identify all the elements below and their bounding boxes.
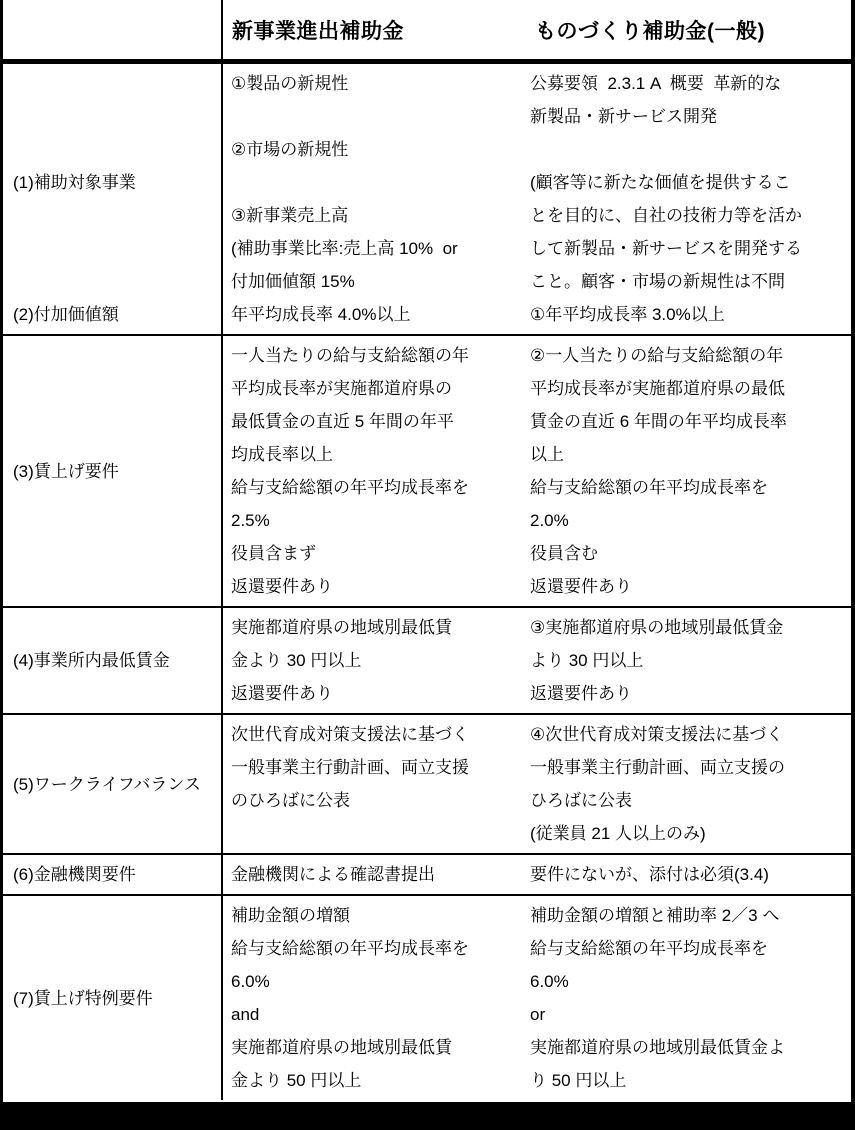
text-line: 補助金額の増額と補助率 2／3 へ bbox=[530, 899, 847, 932]
text-line: 金より 50 円以上 bbox=[231, 1064, 516, 1097]
header-col-new-business-subsidy: 新事業進出補助金 bbox=[223, 0, 520, 59]
row-label: (5)ワークライフバランス bbox=[13, 768, 219, 801]
row-label: (6)金融機関要件 bbox=[13, 858, 219, 891]
row-label-group: (1)補助対象事業 bbox=[13, 67, 219, 298]
text-line: 実施都道府県の地域別最低賃金よ bbox=[530, 1031, 847, 1064]
text-line: 実施都道府県の地域別最低賃 bbox=[231, 611, 516, 644]
text-line: り 50 円以上 bbox=[530, 1064, 847, 1097]
text-line: 一人当たりの給与支給総額の年 bbox=[231, 339, 516, 372]
table-row: (7)賃上げ特例要件補助金額の増額給与支給総額の年平均成長率を6.0%and実施… bbox=[3, 896, 851, 1100]
text-line: (補助事業比率:売上高 10% or bbox=[231, 232, 516, 265]
table-row: (6)金融機関要件金融機関による確認書提出要件にないが、添付は必須(3.4) bbox=[3, 855, 851, 896]
text-line: and bbox=[231, 998, 516, 1031]
text-line: 公募要領 2.3.1 A 概要 革新的な bbox=[530, 67, 847, 100]
row-label-cell: (6)金融機関要件 bbox=[3, 855, 223, 894]
table-row: (5)ワークライフバランス次世代育成対策支援法に基づく一般事業主行動計画、両立支… bbox=[3, 715, 851, 855]
table-header-row: 新事業進出補助金 ものづくり補助金(一般) bbox=[3, 0, 851, 64]
bottom-border-band bbox=[3, 1102, 851, 1130]
text-line: (従業員 21 人以上のみ) bbox=[530, 817, 847, 850]
row-label-cell: (7)賃上げ特例要件 bbox=[3, 896, 223, 1100]
col-a-cell: 次世代育成対策支援法に基づく一般事業主行動計画、両立支援のひろばに公表 bbox=[223, 715, 520, 853]
col-a-cell: 実施都道府県の地域別最低賃金より 30 円以上返還要件あり bbox=[223, 608, 520, 713]
table-row: (1)補助対象事業(2)付加価値額①製品の新規性 ②市場の新規性 ③新事業売上高… bbox=[3, 64, 851, 336]
header-empty-cell bbox=[3, 0, 223, 59]
text-line bbox=[231, 100, 516, 133]
text-line: 役員含まず bbox=[231, 537, 516, 570]
table-body: (1)補助対象事業(2)付加価値額①製品の新規性 ②市場の新規性 ③新事業売上高… bbox=[3, 64, 851, 1100]
col-b-cell: ②一人当たりの給与支給総額の年平均成長率が実施都道府県の最低賃金の直近 6 年間… bbox=[520, 336, 851, 606]
text-line: 以上 bbox=[530, 438, 847, 471]
text-line: 金融機関による確認書提出 bbox=[231, 858, 516, 891]
row-label-cell: (3)賃上げ要件 bbox=[3, 336, 223, 606]
col-b-cell: 公募要領 2.3.1 A 概要 革新的な新製品・新サービス開発 (顧客等に新たな… bbox=[520, 64, 851, 334]
text-line: 返還要件あり bbox=[231, 570, 516, 603]
text-line: ③新事業売上高 bbox=[231, 199, 516, 232]
header-col-monozukuri-subsidy: ものづくり補助金(一般) bbox=[520, 0, 851, 59]
text-line: より 30 円以上 bbox=[530, 644, 847, 677]
comparison-table: 新事業進出補助金 ものづくり補助金(一般) (1)補助対象事業(2)付加価値額①… bbox=[0, 0, 855, 1130]
text-line: 役員含む bbox=[530, 537, 847, 570]
text-line: 次世代育成対策支援法に基づく bbox=[231, 718, 516, 751]
table-row: (4)事業所内最低賃金実施都道府県の地域別最低賃金より 30 円以上返還要件あり… bbox=[3, 608, 851, 715]
text-line: 平均成長率が実施都道府県の最低 bbox=[530, 372, 847, 405]
text-line: 均成長率以上 bbox=[231, 438, 516, 471]
text-line: 金より 30 円以上 bbox=[231, 644, 516, 677]
text-line: ②一人当たりの給与支給総額の年 bbox=[530, 339, 847, 372]
text-line: or bbox=[530, 998, 847, 1031]
text-line: 補助金額の増額 bbox=[231, 899, 516, 932]
text-line: 給与支給総額の年平均成長率を bbox=[231, 471, 516, 504]
col-b-cell: 補助金額の増額と補助率 2／3 へ給与支給総額の年平均成長率を6.0%or実施都… bbox=[520, 896, 851, 1100]
col-b-cell: ③実施都道府県の地域別最低賃金より 30 円以上返還要件あり bbox=[520, 608, 851, 713]
text-line: 最低賃金の直近 5 年間の年平 bbox=[231, 405, 516, 438]
text-line: 給与支給総額の年平均成長率を bbox=[530, 471, 847, 504]
row-label-cell: (1)補助対象事業(2)付加価値額 bbox=[3, 64, 223, 334]
text-line: 付加価値額 15% bbox=[231, 265, 516, 298]
text-line: (顧客等に新たな価値を提供するこ bbox=[530, 166, 847, 199]
text-line: ①製品の新規性 bbox=[231, 67, 516, 100]
text-line: のひろばに公表 bbox=[231, 784, 516, 817]
col-a-cell: 補助金額の増額給与支給総額の年平均成長率を6.0%and実施都道府県の地域別最低… bbox=[223, 896, 520, 1100]
row-label: (2)付加価値額 bbox=[13, 298, 219, 331]
text-line: 返還要件あり bbox=[530, 570, 847, 603]
text-line: 6.0% bbox=[231, 965, 516, 998]
text-line bbox=[530, 133, 847, 166]
text-line: 返還要件あり bbox=[231, 677, 516, 710]
text-line: 2.5% bbox=[231, 504, 516, 537]
text-line bbox=[231, 166, 516, 199]
text-line: して新製品・新サービスを開発する bbox=[530, 232, 847, 265]
row-label-cell: (4)事業所内最低賃金 bbox=[3, 608, 223, 713]
text-line: 一般事業主行動計画、両立支援の bbox=[530, 751, 847, 784]
text-line: 2.0% bbox=[530, 504, 847, 537]
text-line: 6.0% bbox=[530, 965, 847, 998]
text-line: 要件にないが、添付は必須(3.4) bbox=[530, 858, 847, 891]
text-line: 賃金の直近 6 年間の年平均成長率 bbox=[530, 405, 847, 438]
text-line: 給与支給総額の年平均成長率を bbox=[530, 932, 847, 965]
text-line: 実施都道府県の地域別最低賃 bbox=[231, 1031, 516, 1064]
row-label: (4)事業所内最低賃金 bbox=[13, 644, 219, 677]
col-a-cell: 一人当たりの給与支給総額の年平均成長率が実施都道府県の最低賃金の直近 5 年間の… bbox=[223, 336, 520, 606]
table-row: (3)賃上げ要件一人当たりの給与支給総額の年平均成長率が実施都道府県の最低賃金の… bbox=[3, 336, 851, 608]
text-line: 給与支給総額の年平均成長率を bbox=[231, 932, 516, 965]
text-line: ひろばに公表 bbox=[530, 784, 847, 817]
text-line: 平均成長率が実施都道府県の bbox=[231, 372, 516, 405]
text-line: こと。顧客・市場の新規性は不問 bbox=[530, 265, 847, 298]
row-label: (3)賃上げ要件 bbox=[13, 455, 219, 488]
row-label: (7)賃上げ特例要件 bbox=[13, 982, 219, 1015]
col-b-cell: ④次世代育成対策支援法に基づく一般事業主行動計画、両立支援のひろばに公表(従業員… bbox=[520, 715, 851, 853]
text-line: ③実施都道府県の地域別最低賃金 bbox=[530, 611, 847, 644]
text-line: 一般事業主行動計画、両立支援 bbox=[231, 751, 516, 784]
text-line: 返還要件あり bbox=[530, 677, 847, 710]
row-label: (1)補助対象事業 bbox=[13, 166, 136, 199]
col-a-cell: 金融機関による確認書提出 bbox=[223, 855, 520, 894]
text-line: とを目的に、自社の技術力等を活か bbox=[530, 199, 847, 232]
text-line: 年平均成長率 4.0%以上 bbox=[231, 298, 516, 331]
col-a-cell: ①製品の新規性 ②市場の新規性 ③新事業売上高(補助事業比率:売上高 10% o… bbox=[223, 64, 520, 334]
text-line: ②市場の新規性 bbox=[231, 133, 516, 166]
col-b-cell: 要件にないが、添付は必須(3.4) bbox=[520, 855, 851, 894]
text-line: ④次世代育成対策支援法に基づく bbox=[530, 718, 847, 751]
row-label-cell: (5)ワークライフバランス bbox=[3, 715, 223, 853]
text-line: 新製品・新サービス開発 bbox=[530, 100, 847, 133]
text-line: ①年平均成長率 3.0%以上 bbox=[530, 298, 847, 331]
